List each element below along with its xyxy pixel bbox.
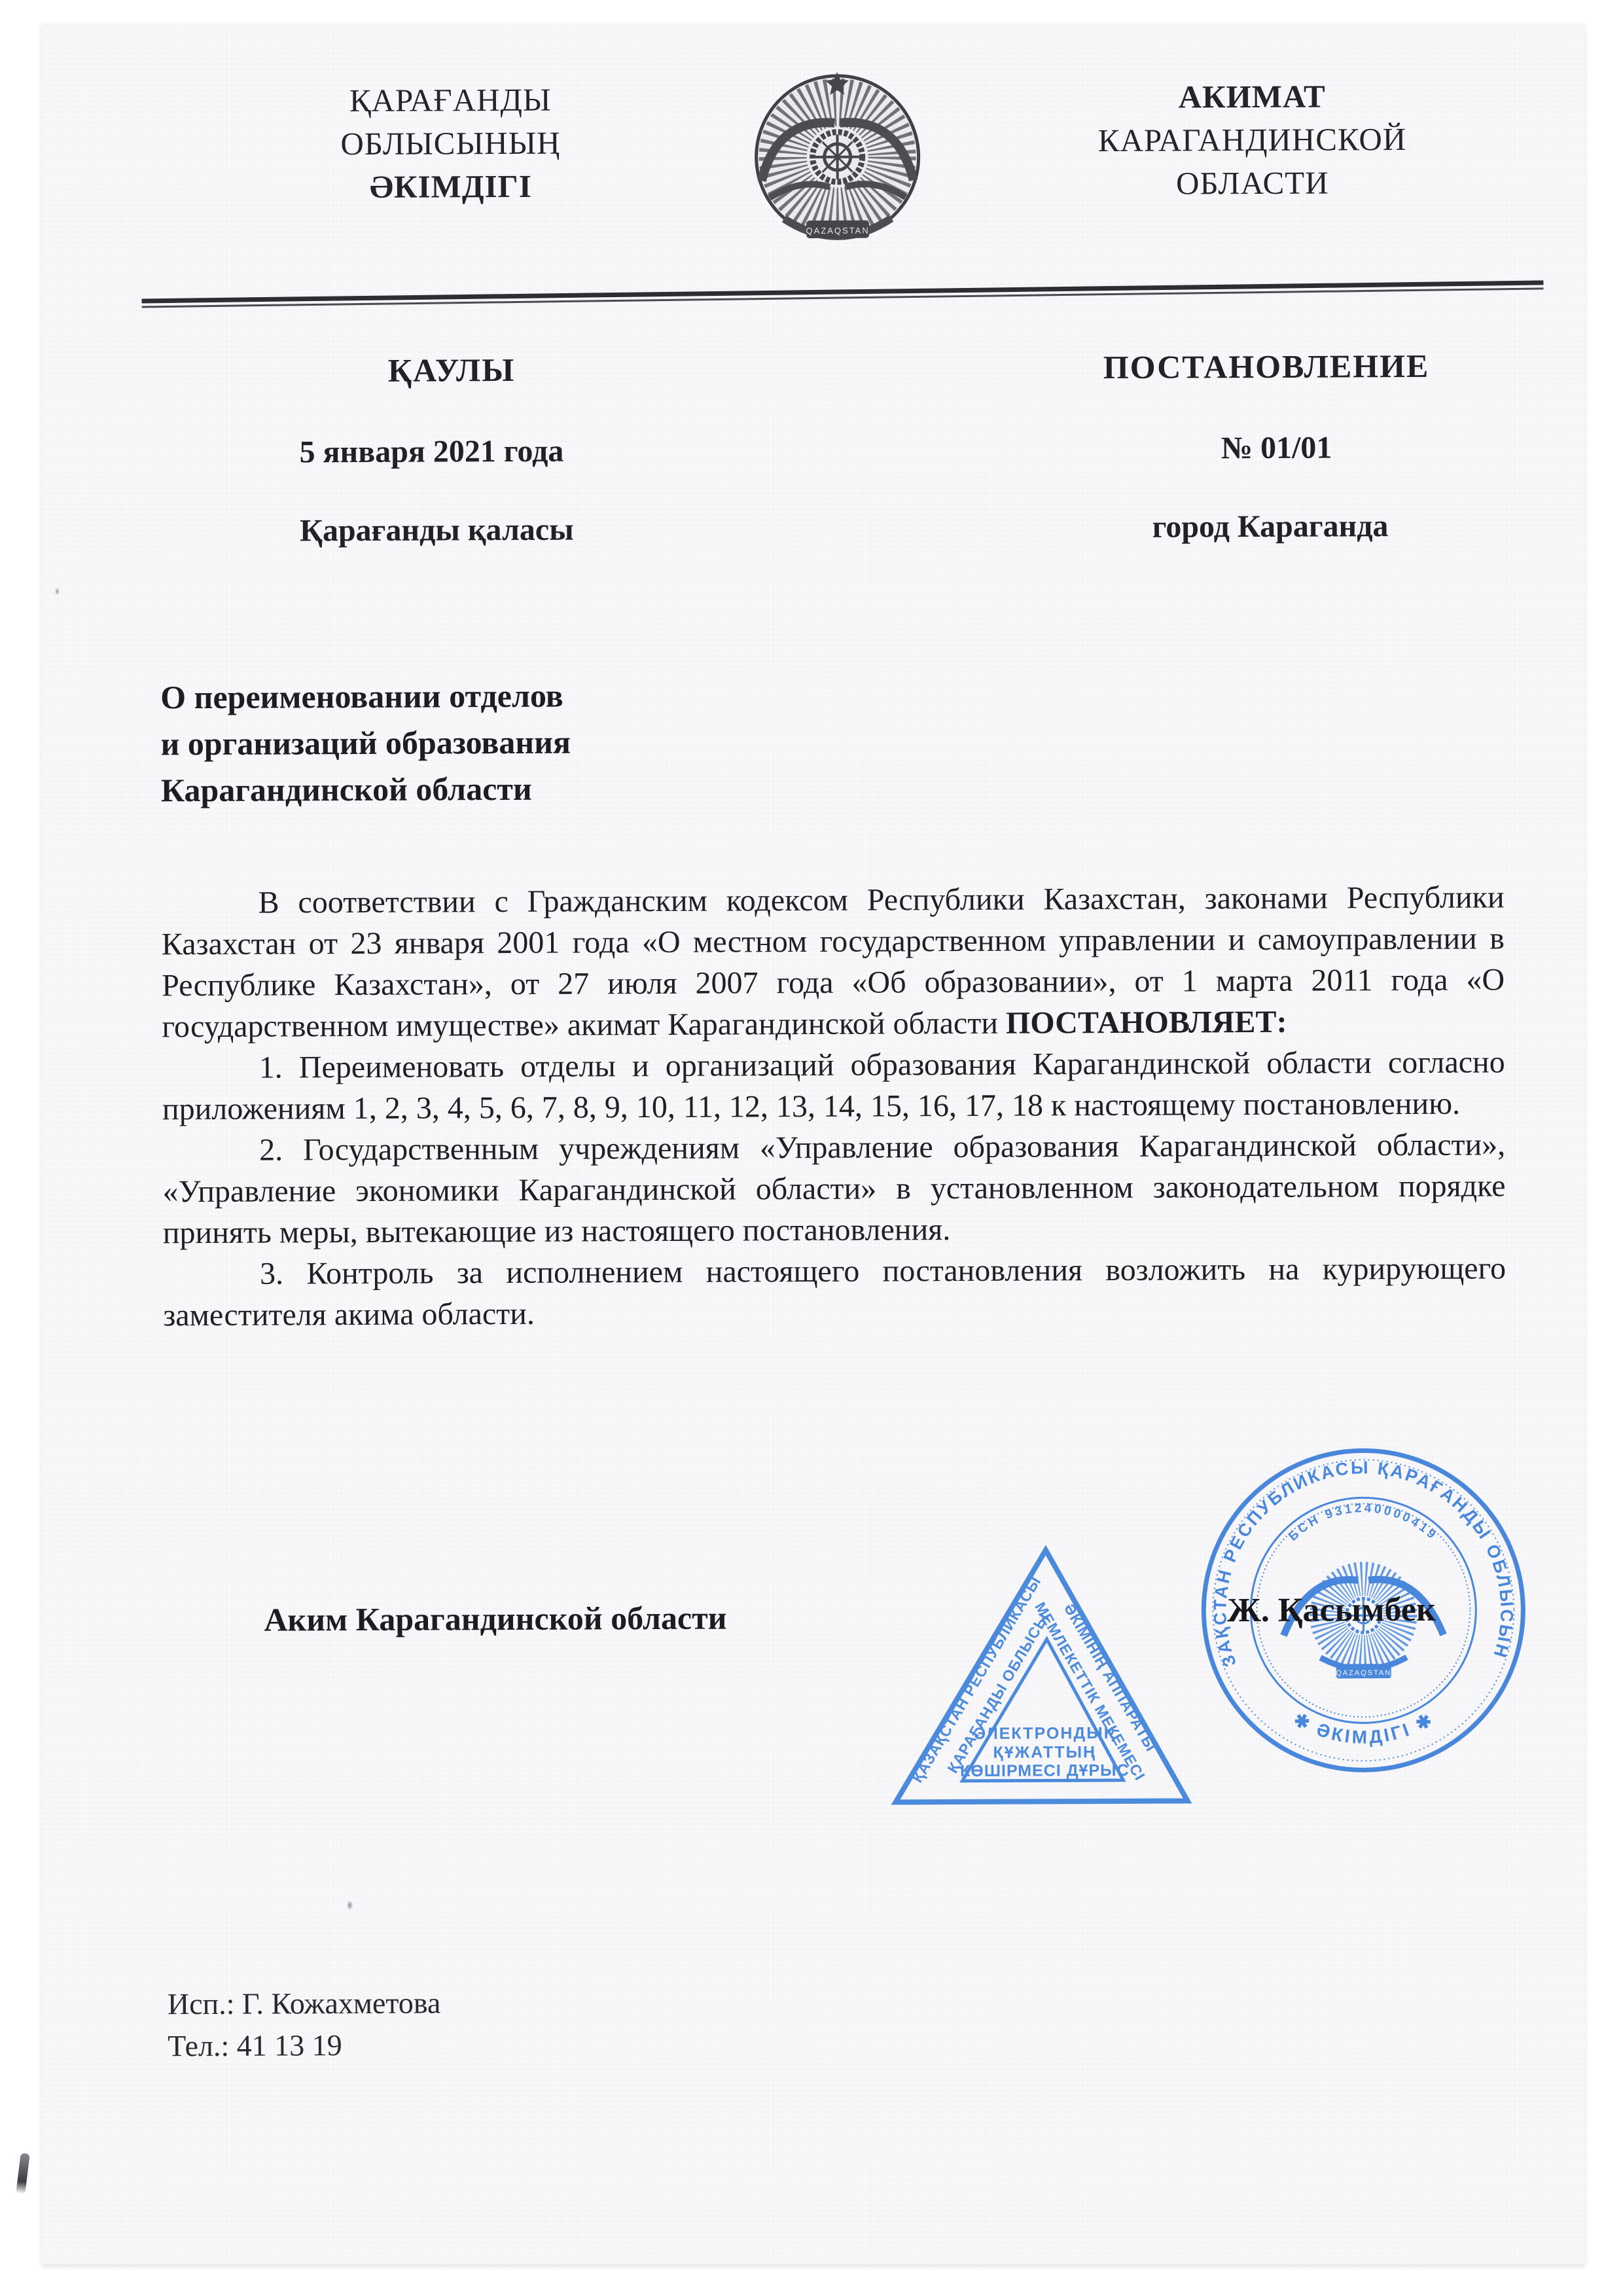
org-name-kazakh: ҚАРАҒАНДЫ ОБЛЫСЫНЫҢ ӘКІМДІГІ [270,78,631,209]
org-ru-line3: ОБЛАСТИ [1069,161,1436,206]
resolves-label: ПОСТАНОВЛЯЕТ: [1006,1005,1287,1041]
triangle-center-text-1: ЭЛЕКТРОНДЫҚ [974,1724,1115,1743]
seal-bottom-text: ✱ ӘКІМДІГІ ✱ [1290,1708,1437,1748]
emblem-banner: QAZAQSTAN [806,221,869,238]
seal-bottom-textpath: ✱ ӘКІМДІГІ ✱ [1290,1708,1437,1748]
doc-place-kazakh: Қарағанды қаласы [300,512,574,549]
preamble-text: В соответствии с Гражданским кодексом Ре… [162,880,1505,1044]
executor-line: Исп.: Г. Кожахметова [168,1982,441,2025]
org-ru-line1: АКИМАТ [1069,75,1435,119]
seal-bin-text: БСН 931240000419 [1286,1501,1440,1543]
scanned-decree-page: { "header": { "org_kk": {"line1": "ҚАРАҒ… [0,0,1623,2296]
doc-date: 5 января 2021 года [299,433,563,471]
decree-title: О переименовании отделов и организаций о… [160,672,776,814]
title-line1: О переименовании отделов [160,672,776,721]
decree-body: В соответствии с Гражданским кодексом Ре… [161,876,1506,1336]
seal-ring-text: ҚАЗАҚСТАН РЕСПУБЛИКАСЫ ҚАРАҒАНДЫ ОБЛЫСЫН… [1199,1446,1517,1670]
triangle-center-text-2: ҚҰЖАТТЫҢ [993,1743,1096,1762]
banner-text: QAZAQSTAN [806,226,869,236]
seal-bin-textpath: БСН 931240000419 [1286,1501,1440,1543]
title-line2: и организаций образования [160,718,776,767]
electronic-copy-triangle-stamp: ҚАЗАҚСТАН РЕСПУБЛИКАСЫ ҚАРАҒАНДЫ ОБЛЫСЫ … [887,1540,1194,1812]
doc-place-russian: город Караганда [1130,508,1411,545]
org-kk-line2: ОБЛЫСЫНЫҢ [270,121,630,166]
triangle-stamp-svg: ҚАЗАҚСТАН РЕСПУБЛИКАСЫ ҚАРАҒАНДЫ ОБЛЫСЫ … [887,1540,1194,1812]
signer-name: Ж. Қасымбек [1227,1590,1436,1630]
seal-ring-textpath: ҚАЗАҚСТАН РЕСПУБЛИКАСЫ ҚАРАҒАНДЫ ОБЛЫСЫН… [1199,1446,1517,1670]
footer-block: Исп.: Г. Кожахметова Тел.: 41 13 19 [168,1982,441,2067]
paragraph-preamble: В соответствии с Гражданским кодексом Ре… [161,876,1505,1047]
signer-role: Аким Карагандинской области [264,1599,726,1639]
paragraph-item-2: 2. Государственным учреждениям «Управлен… [162,1124,1506,1253]
emblem-svg: QAZAQSTAN [749,67,925,257]
document-content: ҚАРАҒАНДЫ ОБЛЫСЫНЫҢ ӘКІМДІГІ QAZAQSTAN [0,0,1623,2296]
doc-type-russian: ПОСТАНОВЛЕНИЕ [1077,347,1456,387]
org-name-russian: АКИМАТ КАРАГАНДИНСКОЙ ОБЛАСТИ [1069,75,1436,206]
org-kk-line1: ҚАРАҒАНДЫ [270,78,630,122]
doc-type-kazakh: ҚАУЛЫ [272,350,632,389]
seal-banner: QAZAQSTAN [1336,1664,1391,1678]
doc-number: № 01/01 [1168,429,1384,466]
kazakhstan-state-emblem-icon: QAZAQSTAN [749,67,925,257]
org-kk-line3: ӘКІМДІГІ [271,164,631,209]
paragraph-item-3: 3. Контроль за исполнением настоящего по… [163,1247,1507,1336]
title-line3: Карагандинской области [161,764,776,814]
phone-line: Тел.: 41 13 19 [168,2024,441,2067]
paragraph-item-1: 1. Переименовать отделы и организаций об… [162,1041,1506,1130]
triangle-center-text-3: КӨШІРМЕСІ ДҰРЫС [960,1761,1130,1780]
org-ru-line2: КАРАГАНДИНСКОЙ [1069,118,1435,162]
header-divider [142,280,1544,308]
seal-banner-text: QAZAQSTAN [1336,1669,1391,1677]
